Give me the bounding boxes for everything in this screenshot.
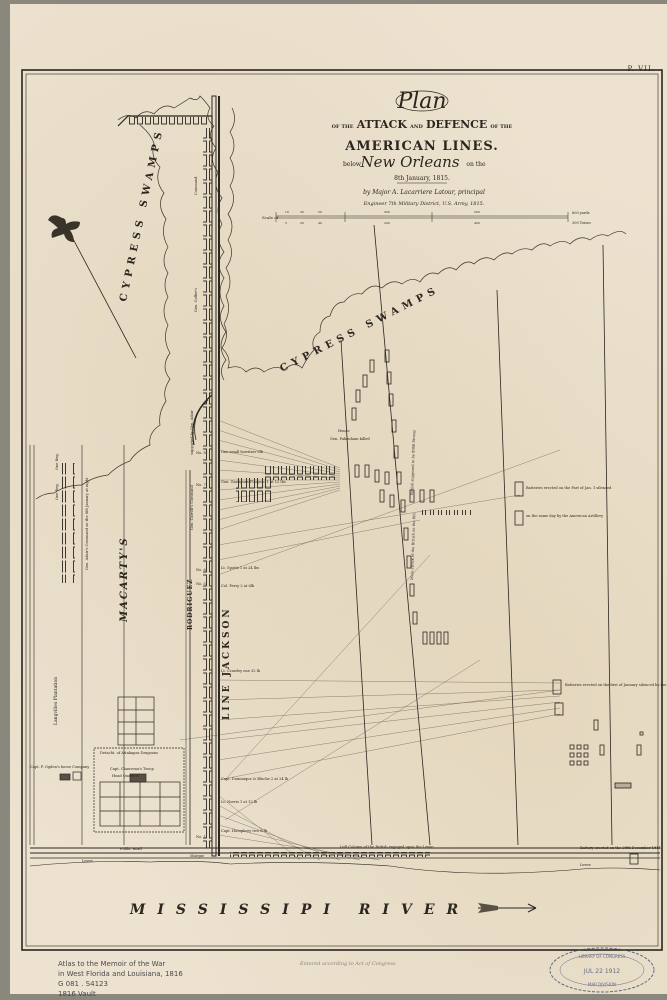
map-canvas: Plan OF THE ATTACK AND DEFENCE OF THE AM… xyxy=(10,4,667,994)
svg-text:600 yards: 600 yards xyxy=(572,211,590,215)
line-jackson-entrenchments xyxy=(203,128,212,848)
svg-text:House: House xyxy=(338,429,350,433)
svg-text:40: 40 xyxy=(318,221,322,225)
svg-text:300: 300 xyxy=(384,210,390,214)
svg-text:10: 10 xyxy=(285,210,289,214)
svg-text:No. 7: No. 7 xyxy=(196,483,207,487)
label-cypress-swamps-left: CYPRESS SWAMPS xyxy=(118,127,166,303)
svg-text:Marque: Marque xyxy=(190,854,204,858)
inner-border xyxy=(26,74,658,946)
line-jackson-rampart xyxy=(212,96,216,856)
svg-text:Battery erected on the 28th De: Battery erected on the 28th December 181… xyxy=(580,846,662,850)
svg-text:below: below xyxy=(343,161,362,168)
label-mississippi-river: MISSISSIPI RIVER xyxy=(129,902,470,918)
svg-text:30: 30 xyxy=(300,210,304,214)
svg-text:One Reg.: One Reg. xyxy=(55,483,59,500)
river-flow-arrow-icon xyxy=(478,903,536,913)
svg-text:Capt. P. Ogden's horse Company: Capt. P. Ogden's horse Company xyxy=(30,765,90,769)
svg-text:300 Toises: 300 Toises xyxy=(572,221,591,225)
svg-text:Lt. Spotts 1 at 24 lbs: Lt. Spotts 1 at 24 lbs xyxy=(221,566,259,570)
svg-text:200: 200 xyxy=(384,221,390,225)
svg-text:Head Quarters: Head Quarters xyxy=(112,774,139,778)
label-cypress-swamps-right: CYPRESS SWAMPS xyxy=(278,284,441,374)
svg-text:Batteries erected on the Part: Batteries erected on the Part of Jan. 1 … xyxy=(526,486,612,490)
outer-border xyxy=(22,70,662,950)
library-stamp: LIBRARY OF CONGRESS JUL 22 1912 MAP DIVI… xyxy=(550,948,654,992)
title-american-lines: AMERICAN LINES. xyxy=(344,139,499,154)
svg-text:No. 5: No. 5 xyxy=(196,582,207,586)
label-plantation: Langvilles Plantation xyxy=(53,677,59,725)
svg-text:500: 500 xyxy=(474,210,480,214)
title-author: by Major A. Lacarriere Latour, principal xyxy=(363,189,485,196)
svg-text:Gen. Adair's Command on the 8t: Gen. Adair's Command on the 8th January … xyxy=(85,477,89,570)
svg-text:Gen. Coffee's: Gen. Coffee's xyxy=(194,288,198,312)
svg-text:JUL 22 1912: JUL 22 1912 xyxy=(583,968,620,975)
svg-text:Command: Command xyxy=(194,176,198,195)
svg-text:Left Column of the British eng: Left Column of the British engaged upon … xyxy=(340,845,434,849)
svg-text:on the same day by the America: on the same day by the American Artiller… xyxy=(526,514,604,518)
svg-text:One small howitzer 6lb: One small howitzer 6lb xyxy=(221,450,264,454)
road-levee xyxy=(30,848,660,873)
title-script: Plan xyxy=(396,89,446,114)
svg-text:50: 50 xyxy=(318,210,322,214)
svg-text:Levee: Levee xyxy=(580,863,591,867)
reserve-column xyxy=(62,463,75,583)
handwritten-catalog-note: Atlas to the Memoir of the War in West F… xyxy=(58,959,183,999)
svg-text:New Orleans: New Orleans xyxy=(359,153,459,171)
svg-text:No. 1: No. 1 xyxy=(196,835,206,839)
svg-text:Gen. Pakenham killed: Gen. Pakenham killed xyxy=(330,437,370,441)
svg-text:5: 5 xyxy=(285,221,287,225)
svg-text:Capt. Chauveau's Troop: Capt. Chauveau's Troop xyxy=(110,767,154,771)
svg-text:Detacht. of Attakapas Dragoons: Detacht. of Attakapas Dragoons xyxy=(100,751,158,755)
label-rodriguez: RODRIGUEZ xyxy=(187,578,194,630)
line-jackson-ditch xyxy=(218,96,220,856)
svg-text:Lt. Norris 1 at 12 lb: Lt. Norris 1 at 12 lb xyxy=(221,800,258,804)
buildings xyxy=(570,720,643,864)
map-sheet: P. VII. xyxy=(10,4,667,994)
svg-text:Engineer 7th Military District: Engineer 7th Military District, U.S. Arm… xyxy=(363,201,485,207)
svg-text:400: 400 xyxy=(474,221,480,225)
label-line-jackson: LINE JACKSON xyxy=(222,606,232,720)
svg-text:Public Road: Public Road xyxy=(120,847,142,851)
svg-text:Main attack of the British on: Main attack of the British on the 8th xyxy=(410,513,416,580)
copyright-note: Entered according to Act of Congress xyxy=(300,961,396,967)
svg-text:No. 8: No. 8 xyxy=(196,451,207,455)
svg-text:Gen. Carroll's Command: Gen. Carroll's Command xyxy=(190,484,194,530)
svg-text:Col. Perry 2 at 6lb: Col. Perry 2 at 6lb xyxy=(221,584,255,588)
svg-text:Capt. Dominique & Bluche 2 at: Capt. Dominique & Bluche 2 at 24 lb xyxy=(221,777,289,781)
svg-text:OF THE ATTACK: OF THE ATTACK AND DEFENCE OF THE xyxy=(332,118,513,131)
svg-text:Batteries erected on the first: Batteries erected on the first of Januar… xyxy=(565,683,667,687)
label-macartys: MACARTY'S xyxy=(119,536,130,623)
title-block: Plan OF THE ATTACK AND DEFENCE OF THE AM… xyxy=(332,89,513,207)
svg-text:Levee: Levee xyxy=(82,859,93,863)
svg-text:MAP DIVISION: MAP DIVISION xyxy=(588,982,616,987)
svg-text:20: 20 xyxy=(300,221,304,225)
svg-text:supported by Gen. Adair: supported by Gen. Adair xyxy=(190,410,194,455)
svg-text:Capt. Humphrey two 6 lb: Capt. Humphrey two 6 lb xyxy=(221,829,268,833)
svg-text:No. 6: No. 6 xyxy=(196,568,207,572)
svg-text:on the: on the xyxy=(466,161,486,168)
svg-text:Gen. Garrigues Flaujeac 1 at 1: Gen. Garrigues Flaujeac 1 at 12 lbs xyxy=(221,480,286,484)
british-columns xyxy=(236,350,563,715)
svg-text:LIBRARY OF CONGRESS: LIBRARY OF CONGRESS xyxy=(579,954,626,959)
svg-text:Lt. Crawley one 32 lb: Lt. Crawley one 32 lb xyxy=(221,669,261,673)
scale-bar: Scale of 10 30 50 300 500 5 20 40 200 40… xyxy=(262,210,591,225)
title-date: 8th January, 1815. xyxy=(394,175,450,182)
svg-text:British supposed to be 8000 St: British supposed to be 8000 Strong xyxy=(410,429,416,495)
svg-text:One Reg.: One Reg. xyxy=(55,453,59,470)
